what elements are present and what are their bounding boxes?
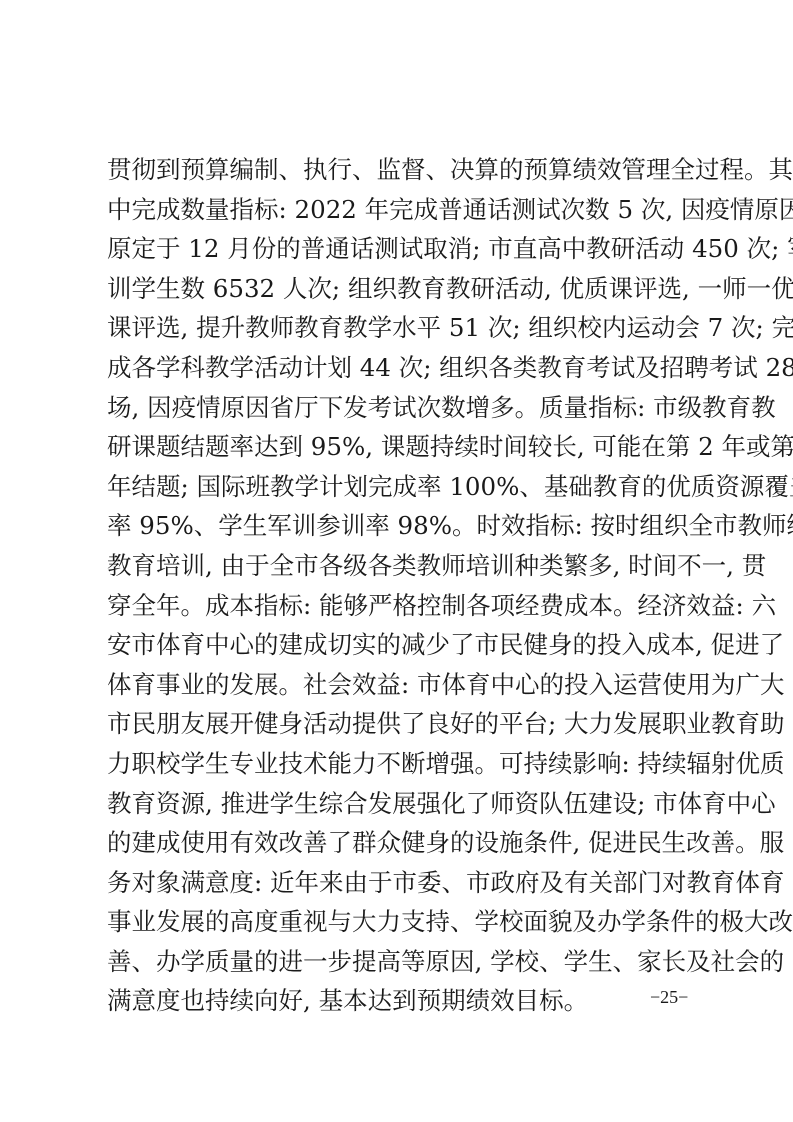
text-line: 成各学科教学活动计划 44 次; 组织各类教育考试及招聘考试 28 [107,348,693,388]
document-page: 贯彻到预算编制、执行、监督、决算的预算绩效管理全过程。其 中完成数量指标: 20… [0,0,793,1122]
text-line: 研课题结题率达到 95%, 课题持续时间较长, 可能在第 2 年或第 3 [107,427,693,467]
text-line: 中完成数量指标: 2022 年完成普通话测试次数 5 次, 因疫情原因, [107,190,693,230]
text-line: 贯彻到预算编制、执行、监督、决算的预算绩效管理全过程。其 [107,150,693,190]
text-line: 场, 因疫情原因省厅下发考试次数增多。质量指标: 市级教育教 [107,388,693,428]
text-line-last: 满意度也持续向好, 基本达到预期绩效目标。 [107,981,693,1021]
text-line: 力职校学生专业技术能力不断增强。可持续影响: 持续辐射优质 [107,744,693,784]
text-line: 体育事业的发展。社会效益: 市体育中心的投入运营使用为广大 [107,665,693,705]
text-line: 年结题; 国际班教学计划完成率 100%、基础教育的优质资源覆盖 [107,467,693,507]
page-number: −25− [650,987,688,1008]
text-line: 善、办学质量的进一步提高等原因, 学校、学生、家长及社会的 [107,942,693,982]
text-line: 务对象满意度: 近年来由于市委、市政府及有关部门对教育体育 [107,863,693,903]
body-paragraph: 贯彻到预算编制、执行、监督、决算的预算绩效管理全过程。其 中完成数量指标: 20… [107,150,693,1021]
text-line: 课评选, 提升教师教育教学水平 51 次; 组织校内运动会 7 次; 完 [107,308,693,348]
text-line: 安市体育中心的建成切实的减少了市民健身的投入成本, 促进了 [107,625,693,665]
text-line: 训学生数 6532 人次; 组织教育教研活动, 优质课评选, 一师一优 [107,269,693,309]
text-line: 率 95%、学生军训参训率 98%。时效指标: 按时组织全市教师继续 [107,506,693,546]
text-line: 教育资源, 推进学生综合发展强化了师资队伍建设; 市体育中心 [107,784,693,824]
text-line: 事业发展的高度重视与大力支持、学校面貌及办学条件的极大改 [107,902,693,942]
text-line: 穿全年。成本指标: 能够严格控制各项经费成本。经济效益: 六 [107,586,693,626]
text-line: 教育培训, 由于全市各级各类教师培训种类繁多, 时间不一, 贯 [107,546,693,586]
text-line: 市民朋友展开健身活动提供了良好的平台; 大力发展职业教育助 [107,704,693,744]
text-line: 的建成使用有效改善了群众健身的设施条件, 促进民生改善。服 [107,823,693,863]
text-line: 原定于 12 月份的普通话测试取消; 市直高中教研活动 450 次; 军 [107,229,693,269]
